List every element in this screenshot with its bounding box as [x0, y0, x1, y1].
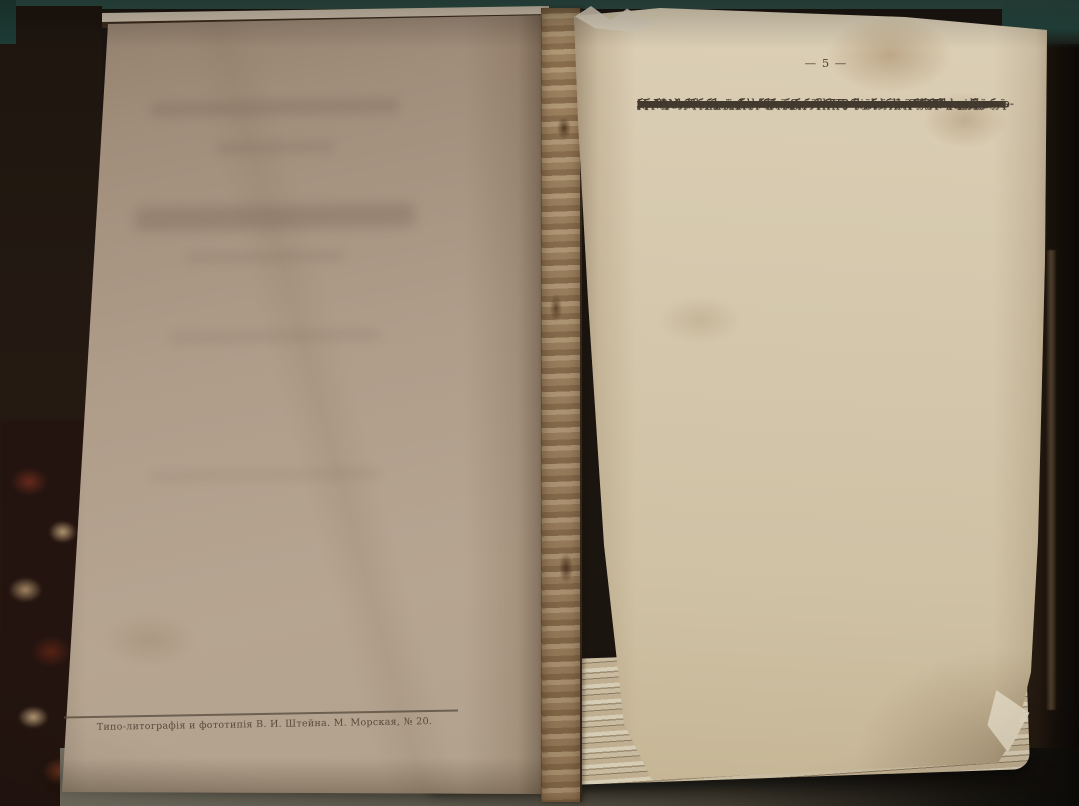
page-number: — 5 —	[637, 56, 1015, 70]
ghost-text-showthrough	[135, 203, 415, 232]
frayed-spine	[541, 8, 582, 802]
text-line: кую, необщительную печаль мою, боялся ко…	[637, 95, 1007, 111]
ghost-text-showthrough	[215, 141, 335, 154]
photo-of-open-antique-book: Типо-литографія и фототипія В. И. Штейна…	[0, 0, 1079, 806]
wall-corner-left	[0, 0, 16, 44]
book-spine-stripe	[1046, 250, 1056, 710]
